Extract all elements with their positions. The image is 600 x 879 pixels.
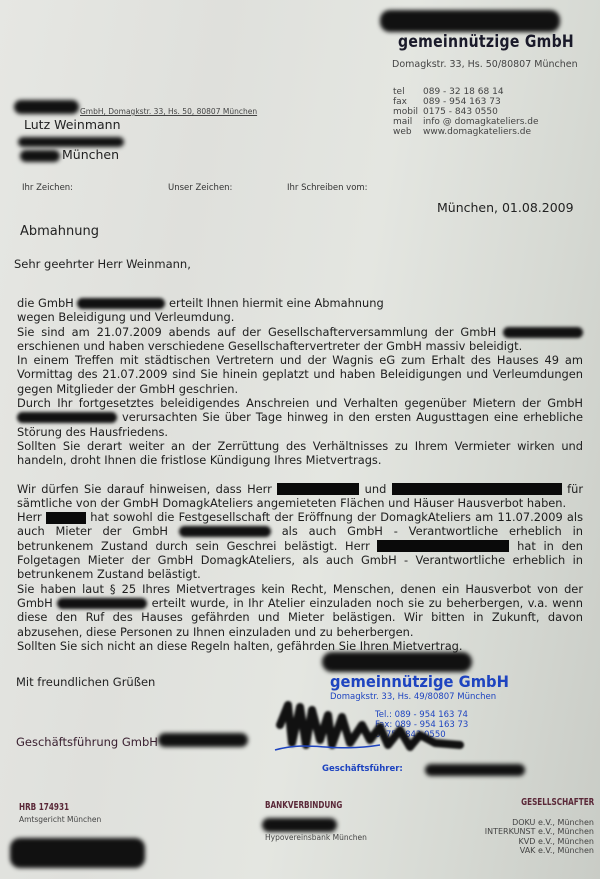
letter-body: die GmbH erteilt Ihnen hiermit eine Abma… — [17, 296, 583, 653]
body-text: sämtliche von der GmbH DomagkAteliers an… — [17, 496, 566, 510]
body-text: und — [365, 482, 387, 496]
bank-heading: BANKVERBINDUNG — [265, 800, 352, 811]
redaction — [392, 483, 562, 495]
contact-key: fax — [393, 97, 423, 107]
closing: Mit freundlichen Grüßen — [16, 675, 155, 689]
letterhead-company: gemeinnützige GmbH — [398, 32, 574, 52]
letterhead-address: Domagkstr. 33, Hs. 50/80807 München — [392, 59, 578, 70]
salutation: Sehr geehrter Herr Weinmann, — [14, 257, 191, 271]
letter-subject: Abmahnung — [20, 224, 99, 239]
contact-key: mobil — [393, 107, 423, 117]
redaction — [20, 150, 60, 162]
body-text: die GmbH — [17, 296, 74, 310]
redaction — [77, 298, 165, 309]
body-text: Durch Ihr fortgesetztes beleidigendes An… — [17, 396, 583, 410]
body-text: für — [567, 482, 583, 496]
ref-ihr-zeichen: Ihr Zeichen: — [22, 183, 73, 193]
redaction — [425, 764, 525, 776]
redaction — [57, 598, 147, 609]
body-text: erteilt Ihnen hiermit eine Abmahnung — [169, 296, 384, 310]
body-text: erschienen und haben verschiedene Gesell… — [17, 339, 583, 353]
redaction — [503, 327, 583, 338]
bank-name: Hypovereinsbank München — [265, 833, 367, 842]
body-text: Sollten Sie sich nicht an diese Regeln h… — [17, 639, 583, 653]
body-text: Wir dürfen Sie darauf hinweisen, dass He… — [17, 482, 272, 496]
contact-value: 089 - 954 163 73 — [423, 97, 501, 107]
redaction — [14, 100, 79, 114]
partner-item: INTERKUNST e.V., München — [485, 827, 594, 837]
registry-court: Amtsgericht München — [19, 815, 101, 824]
recipient-name: Lutz Weinmann — [24, 117, 121, 132]
partner-item: DOKU e.V., München — [485, 818, 594, 828]
ref-ihr-schreiben: Ihr Schreiben vom: — [287, 183, 368, 193]
ref-unser-zeichen: Unser Zeichen: — [168, 183, 232, 193]
redaction — [46, 512, 86, 524]
redaction — [10, 838, 145, 868]
signature-label: Geschäftsführung GmbH — [16, 735, 158, 749]
contact-value: info @ domagkateliers.de — [423, 117, 539, 127]
contact-value: www.domagkateliers.de — [423, 127, 531, 137]
body-text: wegen Beleidigung und Verleumdung. — [17, 310, 583, 324]
body-text: In einem Treffen mit städtischen Vertret… — [17, 353, 583, 396]
footer-registry: HRB 174931 Amtsgericht München — [19, 802, 101, 824]
letterhead-contacts: tel089 - 32 18 68 14 fax089 - 954 163 73… — [393, 87, 539, 137]
contact-key: mail — [393, 117, 423, 127]
body-text: Sollten Sie derart weiter an der Zerrütt… — [17, 439, 583, 468]
redaction — [18, 137, 124, 147]
contact-key: web — [393, 127, 423, 137]
letter-date: München, 01.08.2009 — [437, 200, 574, 215]
redaction — [277, 483, 359, 495]
letter-page: gemeinnützige GmbH Domagkstr. 33, Hs. 50… — [0, 0, 600, 879]
contact-key: tel — [393, 87, 423, 97]
partner-item: VAK e.V., München — [485, 846, 594, 856]
partners-heading: GESELLSCHAFTER — [501, 798, 594, 808]
footer-partners: GESELLSCHAFTER DOKU e.V., München INTERK… — [485, 798, 594, 856]
stamp-company: gemeinnützige GmbH — [330, 672, 509, 691]
sender-line: GmbH, Domagkstr. 33, Hs. 50, 80807 Münch… — [80, 107, 257, 116]
redaction — [377, 540, 509, 552]
body-text: Herr — [17, 510, 42, 524]
body-text: Sie sind am 21.07.2009 abends auf der Ge… — [17, 325, 496, 339]
redaction — [17, 412, 117, 423]
partner-item: KVD e.V., München — [485, 837, 594, 847]
redaction — [380, 10, 560, 32]
contact-value: 0175 - 843 0550 — [423, 107, 498, 117]
redaction — [179, 526, 271, 537]
redaction — [158, 733, 248, 747]
redaction — [262, 818, 337, 832]
redaction — [322, 652, 472, 672]
hrb-number: HRB 174931 — [19, 802, 89, 813]
contact-value: 089 - 32 18 68 14 — [423, 87, 504, 97]
signature-scribble — [270, 695, 470, 760]
